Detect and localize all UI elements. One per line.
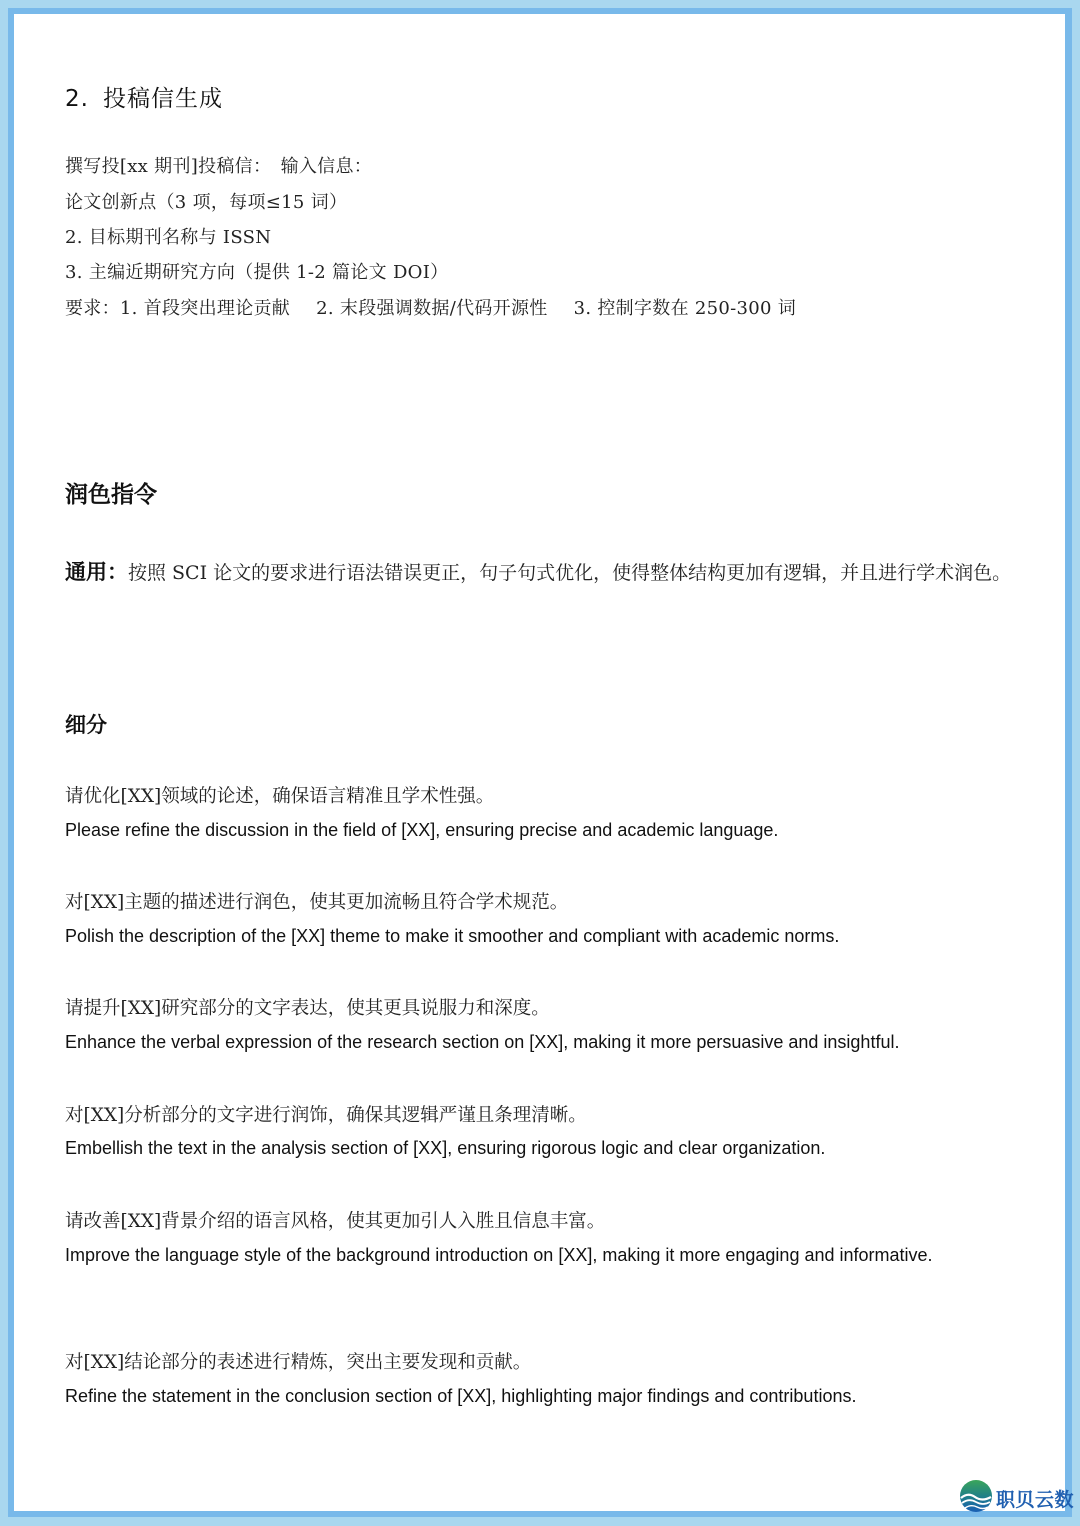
watermark-text: 职贝云数 [996,1485,1074,1512]
wave-globe-logo-icon [958,1478,994,1518]
polish-item-zh: 对[XX]主题的描述进行润色，使其更加流畅且符合学术规范。 [65,888,568,914]
polish-item-en: Embellish the text in the analysis secti… [65,1138,825,1159]
general-text: 按照 SCI 论文的要求进行语法错误更正，句子句式优化，使得整体结构更加有逻辑，… [128,562,1011,584]
section-heading-subdivision: 细分 [65,709,107,739]
requirement-item-2: 2. 末段强调数据/代码开源性 [316,298,547,319]
general-label: 通用： [65,560,128,584]
polish-item-en: Enhance the verbal expression of the res… [65,1032,899,1053]
cover-letter-line-4: 3. 主编近期研究方向（提供 1-2 篇论文 DOI） [65,258,448,284]
watermark-logo: 职贝云数 [958,1478,1074,1518]
polish-item-zh: 对[XX]分析部分的文字进行润饰，确保其逻辑严谨且条理清晰。 [65,1101,587,1127]
section-heading-cover-letter: 2.投稿信生成 [65,80,223,113]
polish-item-zh: 请改善[XX]背景介绍的语言风格，使其更加引人入胜且信息丰富。 [65,1207,605,1233]
document-page: 2.投稿信生成 撰写投[xx 期刊]投稿信： 输入信息： 论文创新点（3 项，每… [14,14,1065,1511]
requirement-item-3: 3. 控制字数在 250-300 词 [574,298,797,319]
polish-item-en: Polish the description of the [XX] theme… [65,926,839,947]
requirement-item-1: 1. 首段突出理论贡献 [120,298,290,319]
polish-item-zh: 请优化[XX]领域的论述，确保语言精准且学术性强。 [65,782,494,808]
polish-item-en: Improve the language style of the backgr… [65,1238,1015,1272]
polish-item-zh: 请提升[XX]研究部分的文字表达，使其更具说服力和深度。 [65,994,550,1020]
cover-letter-line-3: 2. 目标期刊名称与 ISSN [65,223,271,249]
polish-general-paragraph: 通用：按照 SCI 论文的要求进行语法错误更正，句子句式优化，使得整体结构更加有… [65,550,1020,596]
cover-letter-line-2: 论文创新点（3 项，每项≤15 词） [65,188,347,214]
section-heading-polish: 润色指令 [65,476,157,509]
polish-item-en: Refine the statement in the conclusion s… [65,1386,856,1407]
cover-letter-line-1: 撰写投[xx 期刊]投稿信： 输入信息： [65,152,372,178]
polish-item-zh: 对[XX]结论部分的表述进行精炼，突出主要发现和贡献。 [65,1348,531,1374]
polish-item-en: Please refine the discussion in the fiel… [65,820,778,841]
requirements-label: 要求： [65,298,120,319]
section-number: 2. [65,86,89,112]
section-title: 投稿信生成 [103,86,223,112]
cover-letter-requirements: 要求：1. 首段突出理论贡献2. 末段强调数据/代码开源性3. 控制字数在 25… [65,294,796,320]
